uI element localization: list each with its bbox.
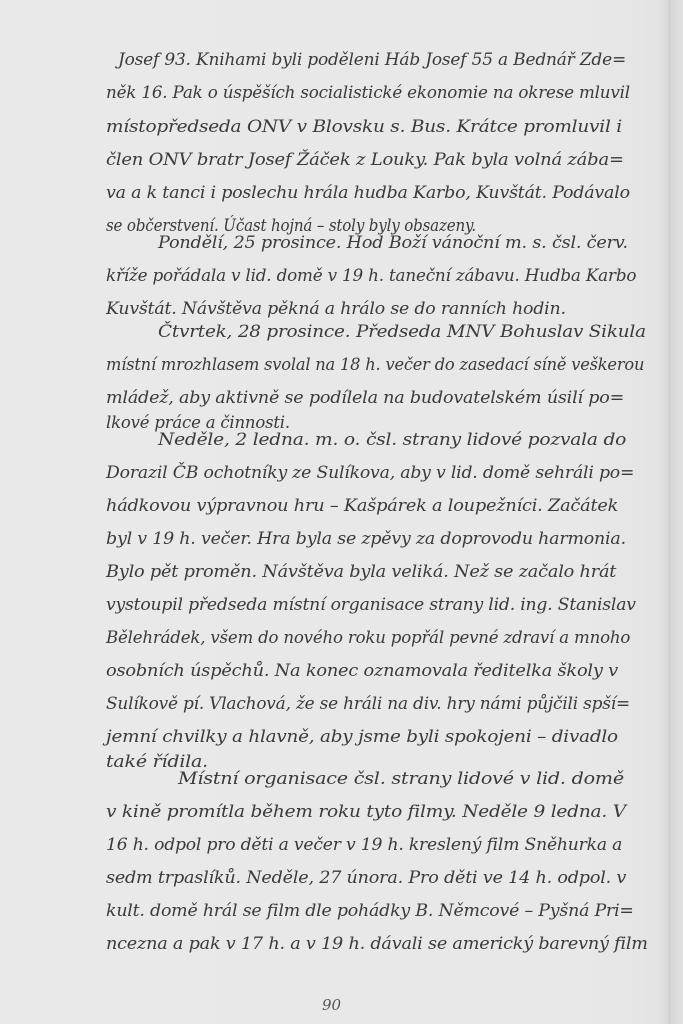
text-line: va a k tanci i poslechu hrála hudba Karb… [106,183,630,203]
text-line: kříže pořádala v lid. domě v 19 h. taneč… [106,266,636,286]
text-line: Sulíkově pí. Vlachová, že se hráli na di… [106,694,630,714]
page-number: 90 [322,996,341,1014]
text-line: jemní chvilky a hlavně, aby jsme byli sp… [106,727,618,747]
text-line: vystoupil předseda místní organisace str… [106,595,636,615]
text-line: Neděle, 2 ledna. m. o. čsl. strany lidov… [158,430,626,450]
text-line: Bělehrádek, všem do nového roku popřál p… [106,628,630,648]
text-line: Pondělí, 25 prosince. Hod Boží vánoční m… [158,233,628,253]
text-line: byl v 19 h. večer. Hra byla se zpěvy za … [106,529,626,549]
text-line: Josef 93. Knihami byli poděleni Háb Jose… [118,50,626,70]
text-line: sedm trpaslíků. Neděle, 27 února. Pro dě… [106,868,626,888]
text-line: Bylo pět proměn. Návštěva byla veliká. N… [106,562,616,582]
document-page: Josef 93. Knihami byli poděleni Háb Jose… [0,0,683,1024]
text-line: Dorazil ČB ochotníky ze Sulíkova, aby v … [106,463,634,483]
page-binding-edge [668,0,671,1024]
text-line: člen ONV bratr Josef Žáček z Louky. Pak … [106,150,624,170]
text-line: kult. domě hrál se film dle pohádky B. N… [106,901,634,921]
text-line: místopředseda ONV v Blovsku s. Bus. Krát… [106,117,622,137]
text-line: místní mrozhlasem svolal na 18 h. večer … [106,355,644,375]
text-line: hádkovou výpravnou hru – Kašpárek a loup… [106,496,618,516]
text-line: něk 16. Pak o úspěších socialistické eko… [106,83,630,103]
text-line: Kuvštát. Návštěva pěkná a hrálo se do ra… [106,299,566,319]
text-line: 16 h. odpol pro děti a večer v 19 h. kre… [106,835,622,855]
text-line: osobních úspěchů. Na konec oznamovala ře… [106,661,618,681]
text-line: Čtvrtek, 28 prosince. Předseda MNV Bohus… [158,322,646,342]
text-line: nceznа a pak v 17 h. a v 19 h. dávali se… [106,934,648,954]
text-line: Místní organisace čsl. strany lidové v l… [178,769,624,789]
text-line: v kině promítla během roku tyto filmy. N… [106,802,626,822]
text-line: mládež, aby aktivně se podílela na budov… [106,388,624,408]
